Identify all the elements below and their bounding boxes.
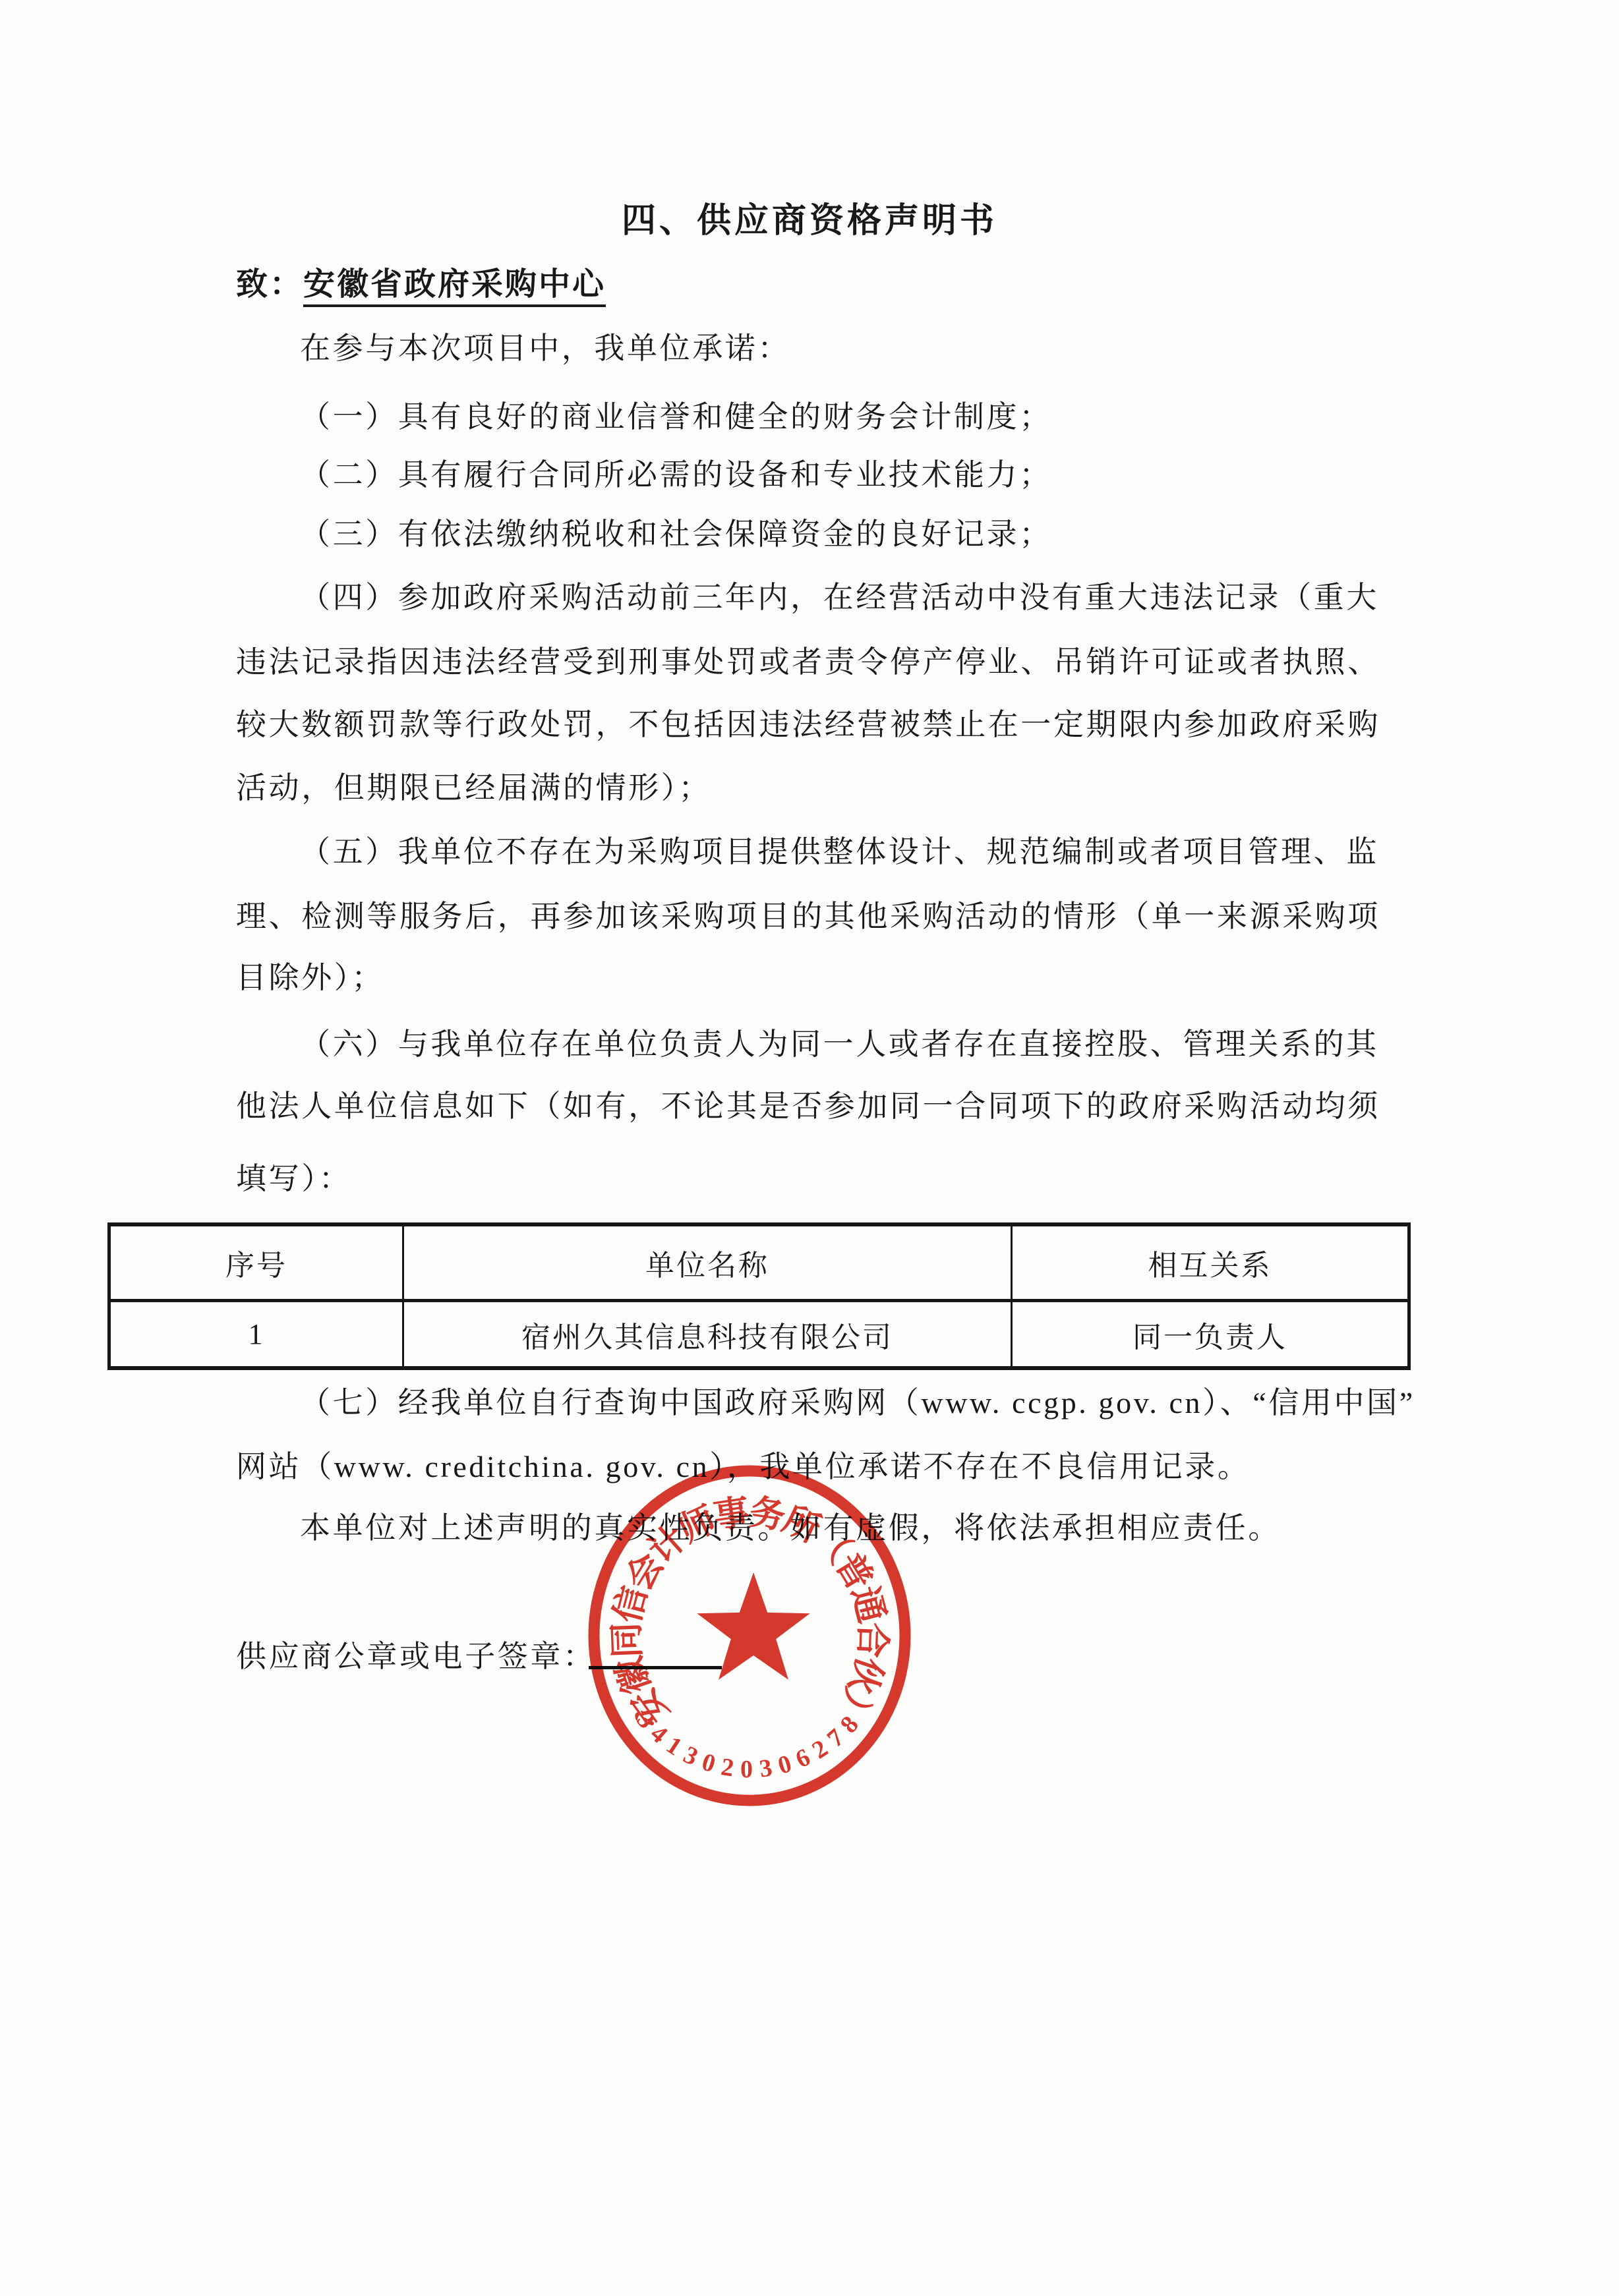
related-entities-table: 序号 单位名称 相互关系 1 宿州久其信息科技有限公司 同一负责人: [107, 1222, 1411, 1370]
clause-4-line-4: 活动，但期限已经届满的情形）；: [236, 764, 711, 807]
col-header-relation: 相互关系: [1012, 1224, 1409, 1301]
clause-6-line-3: 填写）：: [236, 1155, 351, 1198]
official-seal: 安徽同信会计师事务所（普通合伙） 3413020306278: [585, 1464, 914, 1807]
clause-4-line-3: 较大数额罚款等行政处罚，不包括因违法经营被禁止在一定期限内参加政府采购: [236, 701, 1380, 744]
salutation: 致：安徽省政府采购中心: [236, 258, 606, 304]
page-title: 四、供应商资格声明书: [0, 192, 1619, 242]
clause-2: （二）具有履行合同所必需的设备和专业技术能力；: [300, 451, 1052, 494]
intro-line: 在参与本次项目中，我单位承诺：: [300, 324, 790, 368]
clause-5-line-2: 理、检测等服务后，再参加该采购项目的其他采购活动的情形（单一来源采购项: [236, 892, 1380, 936]
table-header-row: 序号 单位名称 相互关系: [109, 1224, 1409, 1301]
clause-7-line-1: （七）经我单位自行查询中国政府采购网（www. ccgp. gov. cn）、“…: [300, 1379, 1415, 1422]
clause-3: （三）有依法缴纳税收和社会保障资金的良好记录；: [300, 510, 1052, 554]
cell-relation: 同一负责人: [1012, 1301, 1409, 1369]
seal-star: [697, 1572, 809, 1680]
clause-6-line-1: （六）与我单位存在单位负责人为同一人或者存在直接控股、管理关系的其: [300, 1020, 1379, 1064]
table-row: 1 宿州久其信息科技有限公司 同一负责人: [109, 1301, 1409, 1369]
salutation-prefix: 致：: [236, 267, 303, 302]
signature-label: 供应商公章或电子签章：: [236, 1632, 596, 1676]
clause-6-line-2: 他法人单位信息如下（如有，不论其是否参加同一合同项下的政府采购活动均须: [236, 1082, 1380, 1126]
document-page: 四、供应商资格声明书 致：安徽省政府采购中心 在参与本次项目中，我单位承诺： （…: [0, 0, 1619, 2296]
cell-index: 1: [109, 1301, 403, 1369]
clause-4-line-1: （四）参加政府采购活动前三年内，在经营活动中没有重大违法记录（重大: [300, 573, 1379, 617]
clause-5-line-3: 目除外）；: [236, 954, 384, 997]
col-header-name: 单位名称: [403, 1224, 1012, 1301]
clause-4-line-2: 违法记录指因违法经营受到刑事处罚或者责令停产停业、吊销许可证或者执照、: [236, 638, 1380, 681]
col-header-index: 序号: [109, 1224, 403, 1301]
salutation-recipient: 安徽省政府采购中心: [303, 267, 606, 307]
cell-name: 宿州久其信息科技有限公司: [403, 1301, 1012, 1369]
clause-5-line-1: （五）我单位不存在为采购项目提供整体设计、规范编制或者项目管理、监: [300, 828, 1379, 871]
clause-1: （一）具有良好的商业信誉和健全的财务会计制度；: [300, 393, 1052, 436]
